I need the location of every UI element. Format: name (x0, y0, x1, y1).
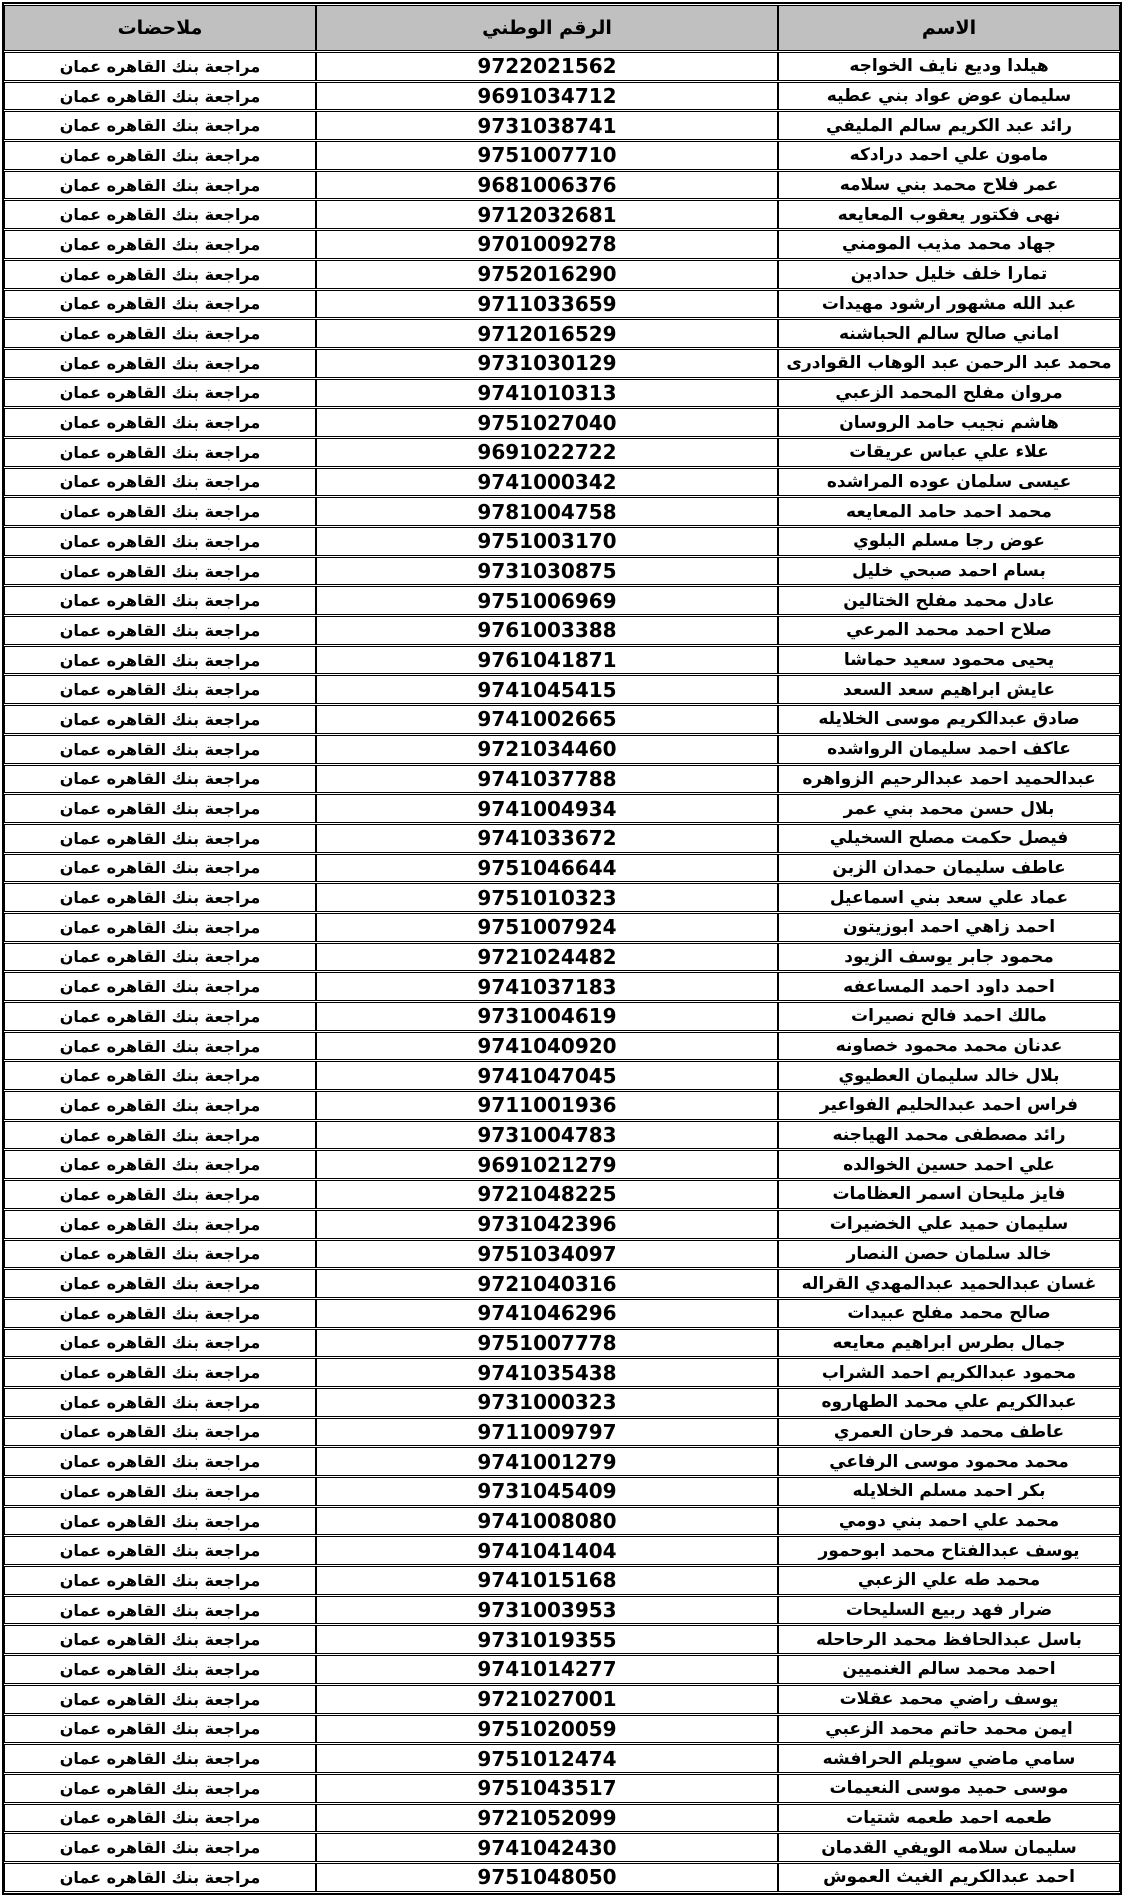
table-row: عبدالحميد احمد عبدالرحيم الزواهره 974103… (4, 765, 1120, 794)
national-id-cell: 9751007710 (316, 141, 778, 170)
name-cell: رائد عبد الكريم سالم المليفي (778, 111, 1120, 140)
name-cell: بلال خالد سليمان العطيوي (778, 1061, 1120, 1090)
notes-cell: مراجعة بنك القاهره عمان (4, 468, 316, 497)
notes-cell: مراجعة بنك القاهره عمان (4, 527, 316, 556)
table-row: مروان مفلح المحمد الزعبي 9741010313 مراج… (4, 379, 1120, 408)
notes-cell: مراجعة بنك القاهره عمان (4, 141, 316, 170)
name-cell: عاكف احمد سليمان الرواشده (778, 735, 1120, 764)
national-id-cell: 9731030129 (316, 349, 778, 378)
table-row: محمد محمود موسى الرفاعي 9741001279 مراجع… (4, 1447, 1120, 1476)
national-id-cell: 9751020059 (316, 1715, 778, 1744)
notes-cell: مراجعة بنك القاهره عمان (4, 705, 316, 734)
name-cell: عيسى سلمان عوده المراشده (778, 468, 1120, 497)
name-cell: طعمه احمد طعمه شتيات (778, 1804, 1120, 1833)
table-row: بلال حسن محمد بني عمر 9741004934 مراجعة … (4, 794, 1120, 823)
national-id-cell: 9751027040 (316, 408, 778, 437)
name-cell: عمر فلاح محمد بني سلامه (778, 171, 1120, 200)
table-row: عبدالكريم علي محمد الطهاروه 9731000323 م… (4, 1388, 1120, 1417)
table-row: بسام احمد صبحي خليل 9731030875 مراجعة بن… (4, 557, 1120, 586)
table-row: تمارا خلف خليل حدادين 9752016290 مراجعة … (4, 260, 1120, 289)
table-row: باسل عبدالحافظ محمد الرحاحله 9731019355 … (4, 1625, 1120, 1654)
notes-cell: مراجعة بنك القاهره عمان (4, 290, 316, 319)
table-row: محمد عبد الرحمن عبد الوهاب القوادرى 9731… (4, 349, 1120, 378)
name-cell: محمد محمود موسى الرفاعي (778, 1447, 1120, 1476)
national-id-cell: 9751010323 (316, 883, 778, 912)
national-id-cell: 9741008080 (316, 1507, 778, 1536)
notes-cell: مراجعة بنك القاهره عمان (4, 824, 316, 853)
table-header: الاسم الرقم الوطني ملاحضات (4, 5, 1120, 51)
name-cell: موسى حميد موسى النعيمات (778, 1774, 1120, 1803)
table-row: صادق عبدالكريم موسى الخلايله 9741002665 … (4, 705, 1120, 734)
column-header-notes: ملاحضات (4, 5, 316, 51)
notes-cell: مراجعة بنك القاهره عمان (4, 1418, 316, 1447)
name-cell: عوض رجا مسلم البلوي (778, 527, 1120, 556)
national-id-cell: 9751012474 (316, 1744, 778, 1773)
table-row: هيلدا وديع نايف الخواجه 9722021562 مراجع… (4, 52, 1120, 81)
name-cell: عبد الله مشهور ارشود مهيدات (778, 290, 1120, 319)
notes-cell: مراجعة بنك القاهره عمان (4, 111, 316, 140)
name-cell: بسام احمد صبحي خليل (778, 557, 1120, 586)
table-row: هاشم نجيب حامد الروسان 9751027040 مراجعة… (4, 408, 1120, 437)
national-id-cell: 9761041871 (316, 646, 778, 675)
table-row: عاطف محمد فرحان العمري 9711009797 مراجعة… (4, 1418, 1120, 1447)
notes-cell: مراجعة بنك القاهره عمان (4, 1240, 316, 1269)
notes-cell: مراجعة بنك القاهره عمان (4, 1715, 316, 1744)
notes-cell: مراجعة بنك القاهره عمان (4, 408, 316, 437)
name-cell: محمد علي احمد بني دومي (778, 1507, 1120, 1536)
table-row: خالد سلمان حصن النصار 9751034097 مراجعة … (4, 1240, 1120, 1269)
notes-cell: مراجعة بنك القاهره عمان (4, 1299, 316, 1328)
notes-cell: مراجعة بنك القاهره عمان (4, 1744, 316, 1773)
national-id-cell: 9691034712 (316, 82, 778, 111)
table-row: عادل محمد مفلح الختالين 9751006969 مراجع… (4, 586, 1120, 615)
table-row: عوض رجا مسلم البلوي 9751003170 مراجعة بن… (4, 527, 1120, 556)
notes-cell: مراجعة بنك القاهره عمان (4, 1121, 316, 1150)
name-cell: محمود عبدالكريم احمد الشراب (778, 1358, 1120, 1387)
name-cell: محمد طه علي الزعبي (778, 1566, 1120, 1595)
national-id-cell: 9731004783 (316, 1121, 778, 1150)
notes-cell: مراجعة بنك القاهره عمان (4, 1477, 316, 1506)
national-id-cell: 9751046644 (316, 854, 778, 883)
notes-cell: مراجعة بنك القاهره عمان (4, 1358, 316, 1387)
name-cell: محمد عبد الرحمن عبد الوهاب القوادرى (778, 349, 1120, 378)
name-cell: صلاح احمد محمد المرعي (778, 616, 1120, 645)
table-row: صلاح احمد محمد المرعي 9761003388 مراجعة … (4, 616, 1120, 645)
national-id-cell: 9731019355 (316, 1625, 778, 1654)
name-cell: بكر احمد مسلم الخلايله (778, 1477, 1120, 1506)
name-cell: ضرار فهد ربيع السليحات (778, 1596, 1120, 1625)
name-cell: يحيى محمود سعيد حماشا (778, 646, 1120, 675)
name-cell: نهى فكتور يعقوب المعايعه (778, 200, 1120, 229)
table-row: محمد علي احمد بني دومي 9741008080 مراجعة… (4, 1507, 1120, 1536)
notes-cell: مراجعة بنك القاهره عمان (4, 379, 316, 408)
national-id-cell: 9741045415 (316, 675, 778, 704)
notes-cell: مراجعة بنك القاهره عمان (4, 1625, 316, 1654)
table-row: سامي ماضي سويلم الحرافشه 9751012474 مراج… (4, 1744, 1120, 1773)
name-cell: عاطف محمد فرحان العمري (778, 1418, 1120, 1447)
name-cell: خالد سلمان حصن النصار (778, 1240, 1120, 1269)
national-id-cell: 9731004619 (316, 1002, 778, 1031)
national-id-cell: 9741035438 (316, 1358, 778, 1387)
national-id-cell: 9691022722 (316, 438, 778, 467)
table-row: سليمان عوض عواد بني عطيه 9691034712 مراج… (4, 82, 1120, 111)
notes-cell: مراجعة بنك القاهره عمان (4, 1447, 316, 1476)
table-row: يحيى محمود سعيد حماشا 9761041871 مراجعة … (4, 646, 1120, 675)
table-row: احمد عبدالكريم الغيث العموش 9751048050 م… (4, 1863, 1120, 1892)
national-id-cell: 9751003170 (316, 527, 778, 556)
notes-cell: مراجعة بنك القاهره عمان (4, 319, 316, 348)
notes-cell: مراجعة بنك القاهره عمان (4, 1061, 316, 1090)
notes-cell: مراجعة بنك القاهره عمان (4, 1032, 316, 1061)
table-row: سليمان حميد علي الخضيرات 9731042396 مراج… (4, 1210, 1120, 1239)
national-id-cell: 9711009797 (316, 1418, 778, 1447)
table-row: طعمه احمد طعمه شتيات 9721052099 مراجعة ب… (4, 1804, 1120, 1833)
table-body: هيلدا وديع نايف الخواجه 9722021562 مراجع… (4, 52, 1120, 1892)
notes-cell: مراجعة بنك القاهره عمان (4, 349, 316, 378)
national-id-cell: 9721048225 (316, 1180, 778, 1209)
national-id-cell: 9741037183 (316, 972, 778, 1001)
national-id-cell: 9681006376 (316, 171, 778, 200)
table-row: بلال خالد سليمان العطيوي 9741047045 مراج… (4, 1061, 1120, 1090)
table-row: احمد زاهي احمد ابوزيتون 9751007924 مراجع… (4, 913, 1120, 942)
notes-cell: مراجعة بنك القاهره عمان (4, 260, 316, 289)
table-row: احمد محمد سالم الغنميين 9741014277 مراجع… (4, 1655, 1120, 1684)
national-id-cell: 9712016529 (316, 319, 778, 348)
notes-cell: مراجعة بنك القاهره عمان (4, 854, 316, 883)
national-id-cell: 9691021279 (316, 1150, 778, 1179)
name-cell: يوسف راضي محمد عقلات (778, 1685, 1120, 1714)
name-cell: محمود جابر يوسف الزيود (778, 943, 1120, 972)
notes-cell: مراجعة بنك القاهره عمان (4, 1596, 316, 1625)
national-id-cell: 9712032681 (316, 200, 778, 229)
name-cell: رائد مصطفى محمد الهياجنه (778, 1121, 1120, 1150)
notes-cell: مراجعة بنك القاهره عمان (4, 1804, 316, 1833)
notes-cell: مراجعة بنك القاهره عمان (4, 616, 316, 645)
name-cell: سليمان عوض عواد بني عطيه (778, 82, 1120, 111)
notes-cell: مراجعة بنك القاهره عمان (4, 1536, 316, 1565)
name-cell: اماني صالح سالم الحباشنه (778, 319, 1120, 348)
table-row: علي احمد حسين الخوالده 9691021279 مراجعة… (4, 1150, 1120, 1179)
table-row: محمد طه علي الزعبي 9741015168 مراجعة بنك… (4, 1566, 1120, 1595)
notes-cell: مراجعة بنك القاهره عمان (4, 735, 316, 764)
table-row: ايمن محمد حاتم محمد الزعبي 9751020059 مر… (4, 1715, 1120, 1744)
table-row: يوسف عبدالفتاح محمد ابوحمور 9741041404 م… (4, 1536, 1120, 1565)
notes-cell: مراجعة بنك القاهره عمان (4, 52, 316, 81)
national-id-cell: 9741004934 (316, 794, 778, 823)
name-cell: سليمان سلامه الويفي القدمان (778, 1833, 1120, 1862)
name-cell: تمارا خلف خليل حدادين (778, 260, 1120, 289)
name-cell: عدنان محمد محمود خصاونه (778, 1032, 1120, 1061)
name-cell: عبدالكريم علي محمد الطهاروه (778, 1388, 1120, 1417)
name-cell: ايمن محمد حاتم محمد الزعبي (778, 1715, 1120, 1744)
table-row: جهاد محمد مذيب المومني 9701009278 مراجعة… (4, 230, 1120, 259)
national-id-cell: 9741014277 (316, 1655, 778, 1684)
national-id-cell: 9741002665 (316, 705, 778, 734)
table-row: سليمان سلامه الويفي القدمان 9741042430 م… (4, 1833, 1120, 1862)
name-cell: عاطف سليمان حمدان الزبن (778, 854, 1120, 883)
notes-cell: مراجعة بنك القاهره عمان (4, 646, 316, 675)
table-row: فراس احمد عبدالحليم الفواعير 9711001936 … (4, 1091, 1120, 1120)
notes-cell: مراجعة بنك القاهره عمان (4, 794, 316, 823)
national-id-cell: 9751006969 (316, 586, 778, 615)
table-row: عيسى سلمان عوده المراشده 9741000342 مراج… (4, 468, 1120, 497)
national-id-cell: 9711033659 (316, 290, 778, 319)
national-id-cell: 9741001279 (316, 1447, 778, 1476)
records-table: الاسم الرقم الوطني ملاحضات هيلدا وديع نا… (2, 2, 1122, 1895)
national-id-cell: 9741041404 (316, 1536, 778, 1565)
table-row: عمر فلاح محمد بني سلامه 9681006376 مراجع… (4, 171, 1120, 200)
notes-cell: مراجعة بنك القاهره عمان (4, 1566, 316, 1595)
notes-cell: مراجعة بنك القاهره عمان (4, 913, 316, 942)
name-cell: عبدالحميد احمد عبدالرحيم الزواهره (778, 765, 1120, 794)
document-page: الاسم الرقم الوطني ملاحضات هيلدا وديع نا… (0, 0, 1129, 1898)
national-id-cell: 9751048050 (316, 1863, 778, 1892)
name-cell: سليمان حميد علي الخضيرات (778, 1210, 1120, 1239)
table-row: موسى حميد موسى النعيمات 9751043517 مراجع… (4, 1774, 1120, 1803)
national-id-cell: 9721040316 (316, 1269, 778, 1298)
notes-cell: مراجعة بنك القاهره عمان (4, 1655, 316, 1684)
name-cell: مالك احمد فالح نصيرات (778, 1002, 1120, 1031)
national-id-cell: 9731003953 (316, 1596, 778, 1625)
column-header-name: الاسم (778, 5, 1120, 51)
notes-cell: مراجعة بنك القاهره عمان (4, 497, 316, 526)
name-cell: مروان مفلح المحمد الزعبي (778, 379, 1120, 408)
name-cell: يوسف عبدالفتاح محمد ابوحمور (778, 1536, 1120, 1565)
notes-cell: مراجعة بنك القاهره عمان (4, 1833, 316, 1862)
name-cell: علي احمد حسين الخوالده (778, 1150, 1120, 1179)
national-id-cell: 9721027001 (316, 1685, 778, 1714)
national-id-cell: 9781004758 (316, 497, 778, 526)
table-row: عدنان محمد محمود خصاونه 9741040920 مراجع… (4, 1032, 1120, 1061)
national-id-cell: 9751007778 (316, 1329, 778, 1358)
name-cell: محمد احمد حامد المعايعه (778, 497, 1120, 526)
name-cell: سامي ماضي سويلم الحرافشه (778, 1744, 1120, 1773)
national-id-cell: 9751043517 (316, 1774, 778, 1803)
notes-cell: مراجعة بنك القاهره عمان (4, 1091, 316, 1120)
name-cell: صادق عبدالكريم موسى الخلايله (778, 705, 1120, 734)
table-row: بكر احمد مسلم الخلايله 9731045409 مراجعة… (4, 1477, 1120, 1506)
name-cell: عادل محمد مفلح الختالين (778, 586, 1120, 615)
notes-cell: مراجعة بنك القاهره عمان (4, 943, 316, 972)
national-id-cell: 9731030875 (316, 557, 778, 586)
name-cell: علاء علي عباس عريقات (778, 438, 1120, 467)
national-id-cell: 9701009278 (316, 230, 778, 259)
national-id-cell: 9741042430 (316, 1833, 778, 1862)
national-id-cell: 9731042396 (316, 1210, 778, 1239)
national-id-cell: 9711001936 (316, 1091, 778, 1120)
national-id-cell: 9741033672 (316, 824, 778, 853)
table-row: مالك احمد فالح نصيرات 9731004619 مراجعة … (4, 1002, 1120, 1031)
national-id-cell: 9741015168 (316, 1566, 778, 1595)
name-cell: احمد داود احمد المساعفه (778, 972, 1120, 1001)
name-cell: هيلدا وديع نايف الخواجه (778, 52, 1120, 81)
name-cell: فايز مليحان اسمر العظامات (778, 1180, 1120, 1209)
notes-cell: مراجعة بنك القاهره عمان (4, 1388, 316, 1417)
table-row: عاطف سليمان حمدان الزبن 9751046644 مراجع… (4, 854, 1120, 883)
notes-cell: مراجعة بنك القاهره عمان (4, 1685, 316, 1714)
table-row: اماني صالح سالم الحباشنه 9712016529 مراج… (4, 319, 1120, 348)
national-id-cell: 9761003388 (316, 616, 778, 645)
table-row: محمد احمد حامد المعايعه 9781004758 مراجع… (4, 497, 1120, 526)
name-cell: غسان عبدالحميد عبدالمهدي القراله (778, 1269, 1120, 1298)
table-row: محمود جابر يوسف الزيود 9721024482 مراجعة… (4, 943, 1120, 972)
national-id-cell: 9751034097 (316, 1240, 778, 1269)
table-row: احمد داود احمد المساعفه 9741037183 مراجع… (4, 972, 1120, 1001)
table-row: ضرار فهد ربيع السليحات 9731003953 مراجعة… (4, 1596, 1120, 1625)
table-row: عاكف احمد سليمان الرواشده 9721034460 مرا… (4, 735, 1120, 764)
national-id-cell: 9722021562 (316, 52, 778, 81)
table-row: نهى فكتور يعقوب المعايعه 9712032681 مراج… (4, 200, 1120, 229)
notes-cell: مراجعة بنك القاهره عمان (4, 1507, 316, 1536)
national-id-cell: 9741040920 (316, 1032, 778, 1061)
table-row: جمال بطرس ابراهيم معايعه 9751007778 مراج… (4, 1329, 1120, 1358)
notes-cell: مراجعة بنك القاهره عمان (4, 1774, 316, 1803)
notes-cell: مراجعة بنك القاهره عمان (4, 765, 316, 794)
table-row: فيصل حكمت مصلح السخيلي 9741033672 مراجعة… (4, 824, 1120, 853)
table-row: رائد عبد الكريم سالم المليفي 9731038741 … (4, 111, 1120, 140)
notes-cell: مراجعة بنك القاهره عمان (4, 883, 316, 912)
notes-cell: مراجعة بنك القاهره عمان (4, 1002, 316, 1031)
notes-cell: مراجعة بنك القاهره عمان (4, 438, 316, 467)
table-row: صالح محمد مفلح عبيدات 9741046296 مراجعة … (4, 1299, 1120, 1328)
notes-cell: مراجعة بنك القاهره عمان (4, 1329, 316, 1358)
name-cell: جمال بطرس ابراهيم معايعه (778, 1329, 1120, 1358)
header-row: الاسم الرقم الوطني ملاحضات (4, 5, 1120, 51)
national-id-cell: 9741037788 (316, 765, 778, 794)
national-id-cell: 9731045409 (316, 1477, 778, 1506)
notes-cell: مراجعة بنك القاهره عمان (4, 586, 316, 615)
national-id-cell: 9721034460 (316, 735, 778, 764)
name-cell: عماد علي سعد بني اسماعيل (778, 883, 1120, 912)
table-row: عايش ابراهيم سعد السعد 9741045415 مراجعة… (4, 675, 1120, 704)
notes-cell: مراجعة بنك القاهره عمان (4, 82, 316, 111)
national-id-cell: 9731000323 (316, 1388, 778, 1417)
notes-cell: مراجعة بنك القاهره عمان (4, 1210, 316, 1239)
table-row: مامون علي احمد درادكه 9751007710 مراجعة … (4, 141, 1120, 170)
notes-cell: مراجعة بنك القاهره عمان (4, 1180, 316, 1209)
national-id-cell: 9721024482 (316, 943, 778, 972)
table-row: محمود عبدالكريم احمد الشراب 9741035438 م… (4, 1358, 1120, 1387)
name-cell: مامون علي احمد درادكه (778, 141, 1120, 170)
name-cell: احمد زاهي احمد ابوزيتون (778, 913, 1120, 942)
name-cell: احمد عبدالكريم الغيث العموش (778, 1863, 1120, 1892)
name-cell: هاشم نجيب حامد الروسان (778, 408, 1120, 437)
national-id-cell: 9721052099 (316, 1804, 778, 1833)
name-cell: جهاد محمد مذيب المومني (778, 230, 1120, 259)
notes-cell: مراجعة بنك القاهره عمان (4, 1269, 316, 1298)
name-cell: فراس احمد عبدالحليم الفواعير (778, 1091, 1120, 1120)
notes-cell: مراجعة بنك القاهره عمان (4, 972, 316, 1001)
name-cell: بلال حسن محمد بني عمر (778, 794, 1120, 823)
table-row: عماد علي سعد بني اسماعيل 9751010323 مراج… (4, 883, 1120, 912)
national-id-cell: 9751007924 (316, 913, 778, 942)
name-cell: فيصل حكمت مصلح السخيلي (778, 824, 1120, 853)
national-id-cell: 9741046296 (316, 1299, 778, 1328)
notes-cell: مراجعة بنك القاهره عمان (4, 675, 316, 704)
national-id-cell: 9741010313 (316, 379, 778, 408)
notes-cell: مراجعة بنك القاهره عمان (4, 200, 316, 229)
table-row: علاء علي عباس عريقات 9691022722 مراجعة ب… (4, 438, 1120, 467)
notes-cell: مراجعة بنك القاهره عمان (4, 1863, 316, 1892)
national-id-cell: 9752016290 (316, 260, 778, 289)
table-row: عبد الله مشهور ارشود مهيدات 9711033659 م… (4, 290, 1120, 319)
name-cell: احمد محمد سالم الغنميين (778, 1655, 1120, 1684)
name-cell: عايش ابراهيم سعد السعد (778, 675, 1120, 704)
notes-cell: مراجعة بنك القاهره عمان (4, 230, 316, 259)
notes-cell: مراجعة بنك القاهره عمان (4, 1150, 316, 1179)
notes-cell: مراجعة بنك القاهره عمان (4, 171, 316, 200)
table-row: غسان عبدالحميد عبدالمهدي القراله 9721040… (4, 1269, 1120, 1298)
national-id-cell: 9741000342 (316, 468, 778, 497)
name-cell: صالح محمد مفلح عبيدات (778, 1299, 1120, 1328)
table-row: رائد مصطفى محمد الهياجنه 9731004783 مراج… (4, 1121, 1120, 1150)
notes-cell: مراجعة بنك القاهره عمان (4, 557, 316, 586)
table-row: يوسف راضي محمد عقلات 9721027001 مراجعة ب… (4, 1685, 1120, 1714)
table-row: فايز مليحان اسمر العظامات 9721048225 مرا… (4, 1180, 1120, 1209)
national-id-cell: 9731038741 (316, 111, 778, 140)
column-header-national-id: الرقم الوطني (316, 5, 778, 51)
name-cell: باسل عبدالحافظ محمد الرحاحله (778, 1625, 1120, 1654)
national-id-cell: 9741047045 (316, 1061, 778, 1090)
